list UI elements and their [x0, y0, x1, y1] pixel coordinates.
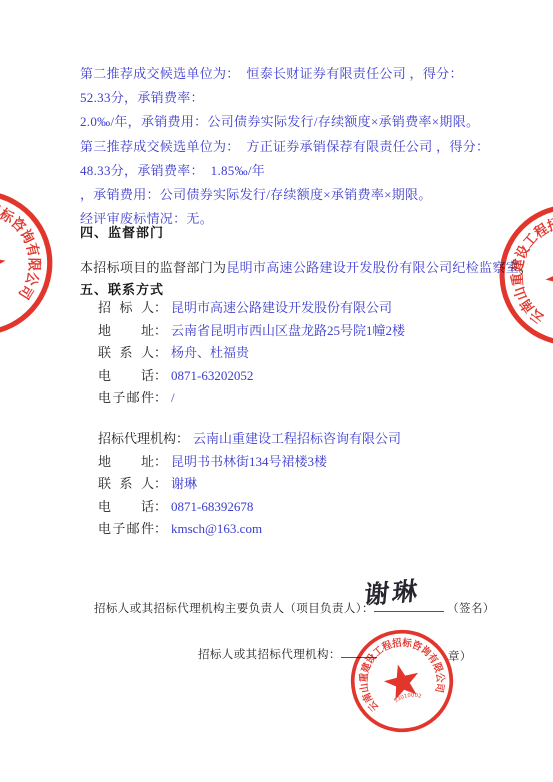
agency-name: 云南山重建设工程招标咨询有限公司 — [193, 431, 401, 446]
agency-contact-block: 招标代理机构：云南山重建设工程招标咨询有限公司 地址：昆明书书林街134号裙楼3… — [98, 428, 518, 541]
contact-label: 电子邮件 — [98, 387, 154, 410]
tenderer-phone: 0871-63202052 — [171, 368, 253, 383]
seal-line — [341, 646, 377, 658]
contact-row-address: 地址：昆明书书林街134号裙楼3楼 — [98, 451, 518, 474]
label-colon: ： — [154, 323, 167, 338]
svg-text:云南山重建设工程招标咨询有限公司: 云南山重建设工程招标咨询有限公司 — [347, 626, 452, 715]
tenderer-name: 昆明市高速公路建设开发股份有限公司 — [171, 300, 392, 315]
supervision-department: 昆明市高速公路建设开发股份有限公司纪检监察室 — [226, 260, 519, 275]
contact-row-person: 联系人：谢琳 — [98, 473, 518, 496]
signature-row-label: 招标人或其招标代理机构主要负责人（项目负责人）： — [94, 603, 374, 615]
label-colon: ： — [176, 431, 189, 446]
svg-text:5301000231384: 5301000231384 — [0, 178, 15, 297]
section4-heading: 四、监督部门 — [80, 222, 164, 241]
contact-row-email: 电子邮件：kmsch@163.com — [98, 518, 518, 541]
contact-label: 电话 — [98, 496, 154, 519]
contact-label: 联系人 — [98, 473, 154, 496]
supervision-suffix: 。 — [519, 260, 532, 275]
contact-label: 电话 — [98, 365, 154, 388]
contact-row-agency: 招标代理机构：云南山重建设工程招标咨询有限公司 — [98, 428, 518, 451]
document-page: 第二推荐成交候选单位为： 恒泰长财证券有限责任公司 ，得分： 52.33分，承销… — [0, 0, 553, 782]
contact-label: 地址 — [98, 320, 154, 343]
contact-label: 联系人 — [98, 342, 154, 365]
contact-row-person: 联系人：杨舟、杜福贵 — [98, 342, 518, 365]
label-colon: ： — [154, 476, 167, 491]
label-colon: ： — [154, 390, 167, 405]
label-colon: ： — [154, 521, 167, 536]
organization-seal-row: 招标人或其招标代理机构： — [198, 646, 377, 662]
agency-phone: 0871-68392678 — [171, 499, 253, 514]
svg-text:5301000231384: 5301000231384 — [338, 622, 424, 717]
result-line: 第三推荐成交候选单位为： 方正证券承销保荐有限责任公司 ，得分： — [80, 135, 510, 159]
result-line: 第二推荐成交候选单位为： 恒泰长财证券有限责任公司 ，得分： — [80, 62, 510, 86]
label-colon: ： — [154, 454, 167, 469]
agency-contact-person: 谢琳 — [171, 476, 197, 491]
agency-address: 昆明书书林街134号裙楼3楼 — [171, 454, 327, 469]
seal-row-label: 招标人或其招标代理机构： — [198, 649, 341, 661]
svg-text:云南山重建设工程招标咨询有限公司: 云南山重建设工程招标咨询有限公司 — [0, 191, 52, 306]
signature-handwriting: 谢琳 — [362, 570, 455, 616]
supervision-prefix: 本招标项目的监督部门为 — [80, 260, 226, 275]
signature-row-suffix: （签名） — [447, 603, 495, 615]
contact-row-phone: 电话：0871-63202052 — [98, 365, 518, 388]
result-line: 48.33分，承销费率： 1.85‰/年 — [80, 159, 510, 183]
seal-row-suffix: 章） — [448, 648, 472, 664]
contact-row-tenderer: 招标人：昆明市高速公路建设开发股份有限公司 — [98, 297, 518, 320]
result-line: 2.0‰/年，承销费用：公司债券实际发行/存续额度×承销费率×期限。 — [80, 110, 510, 134]
contact-label: 招标人 — [98, 297, 154, 320]
agency-email: kmsch@163.com — [171, 521, 262, 536]
label-colon: ： — [154, 499, 167, 514]
tenderer-contact-block: 招标人：昆明市高速公路建设开发股份有限公司 地址：云南省昆明市西山区盘龙路25号… — [98, 297, 518, 410]
tenderer-email: / — [171, 390, 175, 405]
contact-row-phone: 电话：0871-68392678 — [98, 496, 518, 519]
supervision-text: 本招标项目的监督部门为昆明市高速公路建设开发股份有限公司纪检监察室。 — [80, 257, 532, 276]
tenderer-address: 云南省昆明市西山区盘龙路25号院1幢2楼 — [171, 323, 405, 338]
official-seal-left-edge: 云南山重建设工程招标咨询有限公司5301000231384 — [0, 178, 65, 347]
contact-row-address: 地址：云南省昆明市西山区盘龙路25号院1幢2楼 — [98, 320, 518, 343]
contact-row-email: 电子邮件：/ — [98, 387, 518, 410]
label-colon: ： — [154, 345, 167, 360]
evaluation-results-paragraph: 第二推荐成交候选单位为： 恒泰长财证券有限责任公司 ，得分： 52.33分，承销… — [80, 62, 510, 231]
label-colon: ： — [154, 368, 167, 383]
contact-label: 地址 — [98, 451, 154, 474]
tenderer-contact-person: 杨舟、杜福贵 — [171, 345, 249, 360]
result-line: ，承销费用：公司债券实际发行/存续额度×承销费率×期限。 — [80, 183, 510, 207]
contact-label: 招标代理机构 — [98, 428, 176, 451]
label-colon: ： — [154, 300, 167, 315]
contact-label: 电子邮件 — [98, 518, 154, 541]
official-seal-bottom: 云南山重建设工程招标咨询有限公司5301000231384 — [338, 617, 466, 745]
section5-heading: 五、联系方式 — [80, 279, 164, 298]
result-line: 52.33分，承销费率： — [80, 86, 510, 110]
